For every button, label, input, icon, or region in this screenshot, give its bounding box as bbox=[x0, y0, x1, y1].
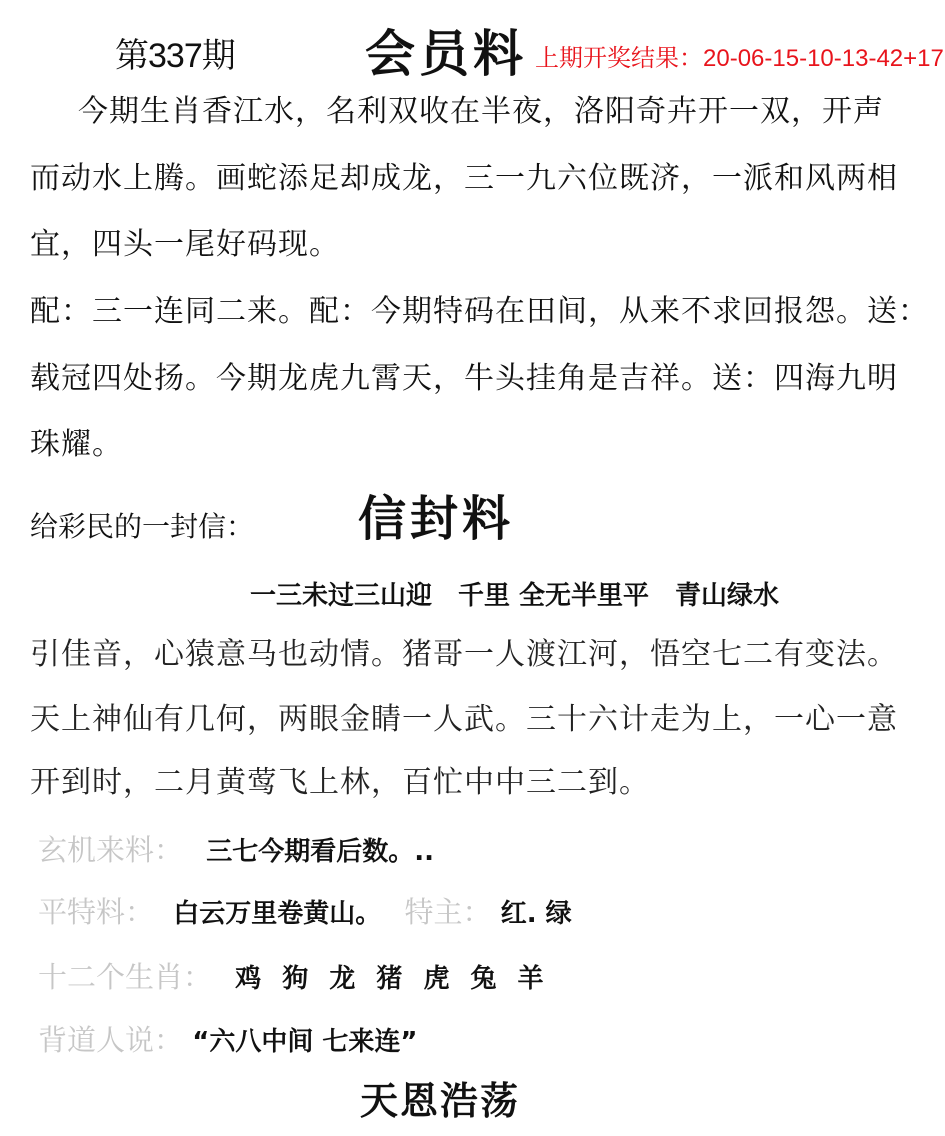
member-line: 载冠四处扬。今期龙虎九霄天，牛头挂角是吉祥。送：四海九明 bbox=[30, 364, 898, 394]
item-value: 白云万里卷黄山。 bbox=[173, 899, 381, 929]
item-value: 三七今期看后数。.. bbox=[206, 837, 434, 867]
item-label: 十二个生肖： bbox=[38, 960, 212, 994]
item-flat: 平特料： 白云万里卷黄山。 特主： 红. 绿 bbox=[38, 890, 572, 931]
letter-label: 给彩民的一封信： bbox=[30, 505, 254, 545]
last-draw-result: 上期开奖结果：20-06-15-10-13-42+17 bbox=[535, 38, 944, 73]
member-line: 今期生肖香江水，名利双收在半夜，洛阳奇卉开一双，开声 bbox=[78, 97, 884, 127]
item-saying: 背道人说： “六八中间 七来连” bbox=[38, 1018, 417, 1059]
item-mystery: 玄机来料： 三七今期看后数。.. bbox=[38, 828, 434, 869]
item-zodiac: 十二个生肖： 鸡 狗 龙 猪 虎 兔 羊 bbox=[38, 955, 550, 996]
letter-line: 开到时，二月黄莺飞上林，百忙中中三二到。 bbox=[30, 768, 650, 798]
last-result-numbers: 20-06-15-10-13-42+17 bbox=[703, 45, 944, 72]
member-line: 而动水上腾。画蛇添足却成龙，三一九六位既济，一派和风两相 bbox=[30, 164, 898, 194]
item-value: “六八中间 七来连” bbox=[192, 1027, 417, 1057]
member-line: 珠耀。 bbox=[30, 430, 123, 460]
last-result-label: 上期开奖结果： bbox=[535, 45, 703, 72]
item-label: 背道人说： bbox=[38, 1023, 183, 1057]
footer-title: 天恩浩荡 bbox=[360, 1070, 520, 1125]
letter-line: 天上神仙有几何，两眼金睛一人武。三十六计走为上，一心一意 bbox=[30, 705, 898, 735]
item-extra-label: 特主： bbox=[404, 895, 491, 929]
issue-number: 第337期 bbox=[115, 28, 235, 77]
item-extra-value: 红. 绿 bbox=[501, 899, 572, 929]
item-label: 玄机来料： bbox=[38, 833, 183, 867]
item-value: 鸡 狗 龙 猪 虎 兔 羊 bbox=[235, 964, 549, 994]
member-line: 宜，四头一尾好码现。 bbox=[30, 230, 340, 260]
item-label: 平特料： bbox=[38, 895, 154, 929]
member-line: 配：三一连同二来。配：今期特码在田间，从来不求回报怨。送： bbox=[30, 297, 929, 327]
member-section-title: 会员料 bbox=[365, 14, 527, 86]
letter-section-title: 信封料 bbox=[358, 480, 514, 549]
letter-bold-line: 一三未过三山迎 千里 全无半里平 青山绿水 bbox=[250, 575, 779, 612]
letter-line: 引佳音，心猿意马也动情。猪哥一人渡江河，悟空七二有变法。 bbox=[30, 640, 898, 670]
